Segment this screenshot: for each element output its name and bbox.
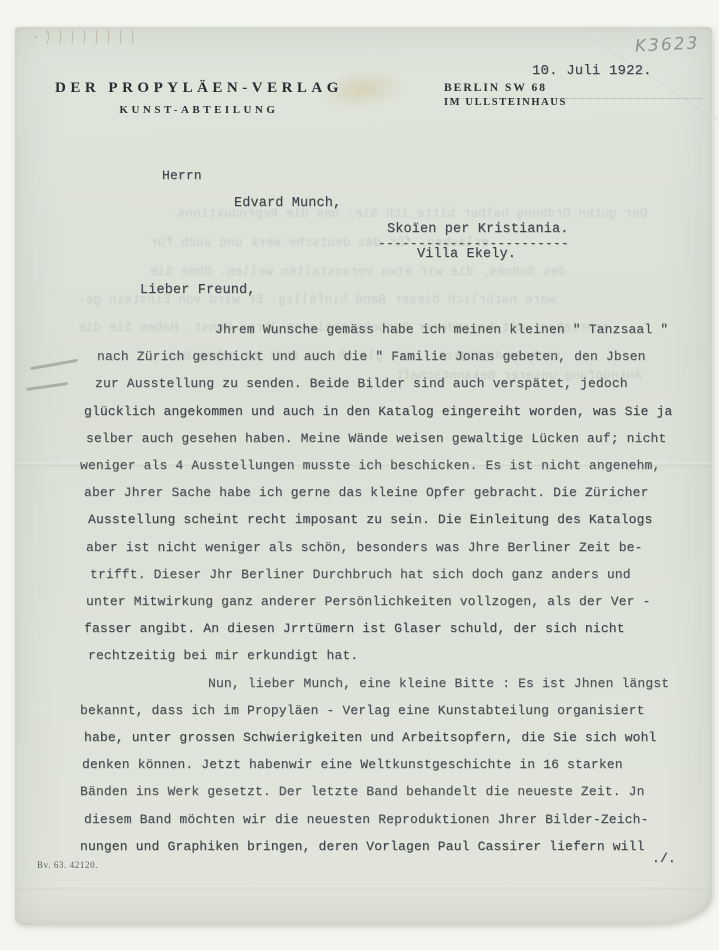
body-line: Jhrem Wunsche gemäss habe ich meinen kle… <box>215 316 694 343</box>
letterhead-right: BERLIN SW 68 IM ULLSTEINHAUS <box>444 82 567 108</box>
body-line: Ausstellung scheint recht imposant zu se… <box>88 506 694 533</box>
body-line: trifft. Dieser Jhr Berliner Durchbruch h… <box>90 561 694 588</box>
body-line: weniger als 4 Ausstellungen musste ich b… <box>80 452 694 479</box>
archive-annotation: K3623 <box>635 33 700 56</box>
bleedthrough-text: des Sohnes, die wir etwa veranstalten wo… <box>150 265 566 279</box>
body-line: denken können. Jetzt habenwir eine Weltk… <box>82 751 694 778</box>
letter-date: 10. Juli 1922. <box>532 63 652 79</box>
body-line: zur Ausstellung zu senden. Beide Bilder … <box>95 370 694 397</box>
letter-body: Jhrem Wunsche gemäss habe ich meinen kle… <box>78 316 694 860</box>
body-line: aber Jhrer Sache habe ich gerne das klei… <box>84 479 694 506</box>
greeting: Lieber Freund, <box>140 283 256 298</box>
company-city: BERLIN SW 68 <box>444 82 567 94</box>
body-line: Bänden ins Werk gesetzt. Der letzte Band… <box>80 778 694 805</box>
continuation-mark: ./. <box>652 851 676 866</box>
pencil-mark <box>30 359 78 370</box>
body-line: selber auch gesehen haben. Meine Wände w… <box>86 425 694 452</box>
recipient-salutation: Herrn <box>162 168 202 183</box>
pencil-mark <box>26 382 68 390</box>
letter-paper: Der guten Ordnung halber bitte ich Sie, … <box>15 27 712 925</box>
horizontal-crease <box>15 886 712 889</box>
paper-speckles <box>30 30 140 44</box>
company-name: DER PROPYLÄEN-VERLAG <box>55 80 343 97</box>
body-line: Nun, lieber Munch, eine kleine Bitte : E… <box>208 670 694 697</box>
body-line: nungen und Graphiken bringen, deren Vorl… <box>80 833 694 860</box>
body-line: fasser angibt. An diesen Jrrtümern ist G… <box>84 615 694 642</box>
body-line: nach Zürich geschickt und auch die " Fam… <box>97 343 694 370</box>
recipient-name: Edvard Munch, <box>234 196 341 211</box>
department-name: KUNST-ABTEILUNG <box>55 104 343 116</box>
body-line: bekannt, dass ich im Propyläen - Verlag … <box>80 697 694 724</box>
company-building: IM ULLSTEINHAUS <box>444 97 567 108</box>
body-line: aber ist nicht weniger als schön, besond… <box>86 534 694 561</box>
body-line: unter Mitwirkung ganz anderer Persönlich… <box>86 588 694 615</box>
printed-form-number: Bv. 63. 42120. <box>37 860 98 870</box>
letterhead-left: DER PROPYLÄEN-VERLAG KUNST-ABTEILUNG <box>55 80 343 116</box>
body-line: habe, unter grossen Schwierigkeiten und … <box>84 724 694 751</box>
body-line: rechtzeitig bei mir erkundigt hat. <box>88 642 694 669</box>
body-line: glücklich angekommen und auch in den Kat… <box>84 398 694 425</box>
body-line: diesem Band möchten wir die neuesten Rep… <box>84 806 694 833</box>
recipient-address2: Villa Ekely. <box>417 247 516 262</box>
recipient-address: Skoïen per Kristiania. <box>387 222 569 237</box>
